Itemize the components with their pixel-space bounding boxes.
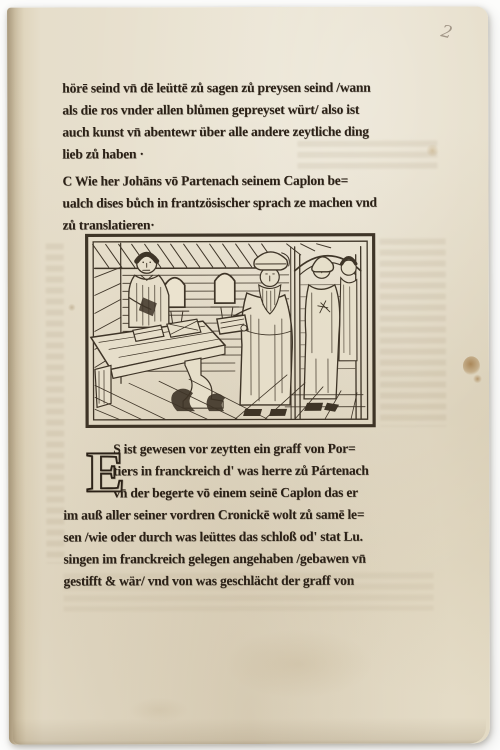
window-right <box>211 274 239 322</box>
initial-letter: E <box>84 439 130 503</box>
text-line: sen /wie oder durch was leüttes das schl… <box>63 525 448 548</box>
text-line: im auß aller seiner vordren Cronickē wol… <box>63 503 448 526</box>
heading-line: ualch dises bůch in frantzösischer sprac… <box>63 191 443 214</box>
paper-stain <box>224 629 374 699</box>
woodcut-scene <box>85 233 377 429</box>
folio-number-handwritten: 2 <box>439 21 454 43</box>
chapter-heading: C Wie her Johāns vō Partenach seinem Cap… <box>62 169 442 236</box>
text-line: S ist gewesen vor zeytten ein graff von … <box>113 437 448 460</box>
showthrough-left-margin <box>46 243 65 563</box>
showthrough-right-of-woodcut <box>380 238 446 426</box>
text-line: auch kunst vn̄ abentewr über alle andere… <box>62 120 442 143</box>
foxing-spot <box>473 374 482 383</box>
foxing-spot <box>68 303 76 311</box>
text-line: hörē seind vn̄ dē leüttē zů sagen zů pre… <box>62 76 442 99</box>
woodcut-illustration <box>85 233 377 429</box>
desk-trestle <box>171 358 225 411</box>
chapter-paragraph: E S ist gewesen vor zeytten ein graff vo… <box>63 437 448 592</box>
text-line: gestifft & wär/ vnd von was geschlächt d… <box>64 569 449 592</box>
text-line: vn̄ der begerte vō einem seinē Caplon da… <box>113 481 448 504</box>
paper-stain <box>129 697 189 723</box>
text-line: singen im franckreich gelegen angehaben … <box>63 547 448 570</box>
initial-letter-glyph: E <box>86 439 125 503</box>
text-line: lieb zů haben · <box>62 142 442 165</box>
book-page: 2 hörē seind vn̄ dē leüttē zů sagen zů p… <box>7 6 490 744</box>
heading-line: C Wie her Johāns vō Partenach seinem Cap… <box>62 169 442 192</box>
intro-paragraph: hörē seind vn̄ dē leüttē zů sagen zů pre… <box>62 76 442 165</box>
scribe-figure <box>129 253 169 327</box>
text-line: tiers in franckreich d' was herre zů Pár… <box>113 459 448 482</box>
text-line: als die ros vnder allen blůmen gepreyset… <box>62 98 442 121</box>
foxing-spot <box>463 356 480 375</box>
attendant-rear <box>339 258 357 361</box>
